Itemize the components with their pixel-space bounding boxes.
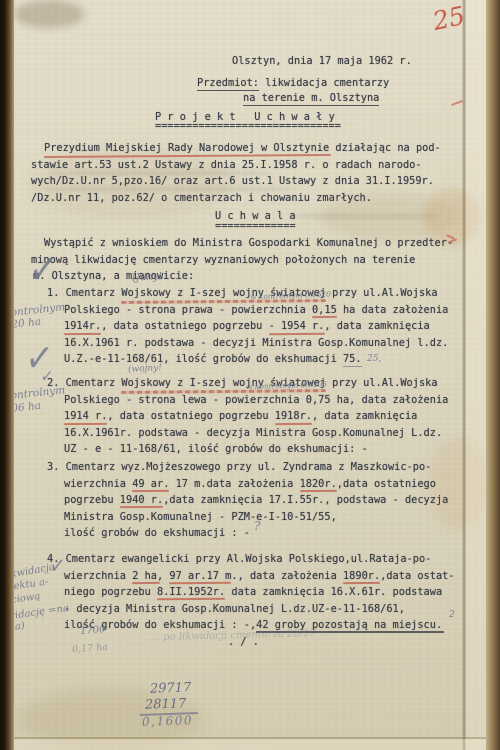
item-3-line: 3. Cmentarz wyz.Mojżeszowego przy ul. Zy… [47, 461, 431, 474]
intro-line: stawie art.53 ust.2 Ustawy z dnia 25.I.1… [31, 159, 422, 172]
red-underline [169, 581, 231, 583]
pencil-calc-result: 0,1600 [142, 713, 193, 729]
red-underline [64, 332, 101, 334]
item-4-line: - decyzja Ministra Gosp.Komunalnej L.dz.… [64, 603, 405, 616]
pencil-underline [343, 366, 362, 368]
page-margin-strip [466, 0, 486, 750]
subject-text-2: na terenie m. Olsztyna [243, 92, 379, 106]
scan-left-edge [0, 0, 14, 750]
item-2-line: 16.X.1961r. podstawa - decyzja Ministra … [64, 427, 442, 440]
pencil-calc-line: 29717 [150, 680, 192, 696]
checkmark-annotation: ✓ [40, 366, 54, 387]
red-underline [132, 581, 160, 583]
item-2-line: Polskiego - strona lewa - powierzchnia 0… [64, 394, 448, 407]
red-underline [64, 422, 107, 424]
scan-right-edge [486, 0, 500, 750]
red-underline [120, 506, 163, 508]
item-3-line: wierzchnia 49 ar. 17 m.data założenia 18… [64, 478, 436, 491]
item-1-line: Polskiego - strona prawa - powierzchnia … [64, 304, 448, 317]
item-1-line: 16.X.1961 r. podstawa - decyzji Ministra… [64, 337, 448, 350]
red-underline [269, 332, 325, 334]
date-line: Olsztyn, dnia 17 maja 1962 r. [232, 55, 412, 68]
subject-line: Przedmiot: likwidacja cmentarzy [197, 77, 389, 90]
intro-line: Prezydium Miejskiej Rady Narodowej w Ols… [44, 142, 441, 155]
item-1-line: 1. Cmentarz Wojskowy z I-szej wojny świa… [47, 287, 438, 300]
intro-line: /Dz.U.nr 11, poz.62/ o cmentarzach i cho… [31, 192, 372, 205]
red-underline [312, 316, 337, 318]
checkmark-annotation: ✓ [26, 244, 60, 297]
title-rule: ============================== [155, 120, 341, 133]
red-underline [132, 489, 169, 491]
red-underline [300, 489, 337, 491]
pencil-note: (Juny! [132, 271, 163, 284]
item-3-line: pogrzebu 1940 r.,data zamknięcia 17.I.55… [64, 494, 448, 507]
item-3-line: Ministra Gosp.Komunalnej - PZM-e-I-10-51… [64, 511, 337, 524]
motion-line: Wystąpić z wnioskiem do Ministra Gospoda… [44, 237, 453, 250]
red-underline [275, 422, 312, 424]
item-3-line: ilość grobów do ekshumacji : - [64, 527, 250, 540]
pencil-superscript: 2 [449, 610, 455, 620]
pencil-note: (wojny! [128, 363, 162, 375]
pencil-note: 25, [367, 354, 381, 364]
pencil-question-mark: ? [254, 519, 260, 533]
motion-line: minową likwidację cmentarzy wyznaniowych… [31, 254, 415, 267]
item-2-line: 2. Cmentarz Wojskowy z I-szej wojny świa… [47, 377, 438, 390]
red-underline [343, 581, 380, 583]
pencil-calc-line: 28117 [145, 696, 187, 712]
item-4-line: wierzchnia 2 ha, 97 ar.17 m., data założ… [64, 570, 455, 583]
bottom-edge-band [13, 739, 486, 750]
resolution-rule: ============= [215, 220, 296, 233]
subject-label: Przedmiot: [197, 77, 259, 91]
intro-line: wych/Dz.U.nr 5,pzo.16/ oraz art.6 ust.1 … [31, 175, 434, 188]
item-4-line: 4. Cmentarz ewangelicki przy Al.Wojska P… [47, 553, 431, 566]
item-2-line: UZ - e - 11-168/61, ilość grobów do eksh… [64, 443, 368, 456]
item-1-line: 1914r., data ostatniego pogrzebu - 1954 … [64, 320, 430, 333]
subject-line-2: na terenie m. Olsztyna [243, 92, 379, 105]
item-2-line: 1914 r., data ostatniego pogrzebu 1918r.… [64, 410, 417, 423]
subject-text: likwidacja cmentarzy [259, 77, 389, 89]
pencil-note: 1700 [80, 624, 106, 637]
item-4-line: niego pogrzebu 8.II.1952r. data zamknięc… [64, 586, 442, 599]
item-1-line: U.Z.-e-11-168/61, ilość grobów do ekshum… [64, 353, 362, 366]
scanned-document: Olsztyn, dnia 17 maja 1962 r. Przedmiot:… [0, 0, 500, 750]
